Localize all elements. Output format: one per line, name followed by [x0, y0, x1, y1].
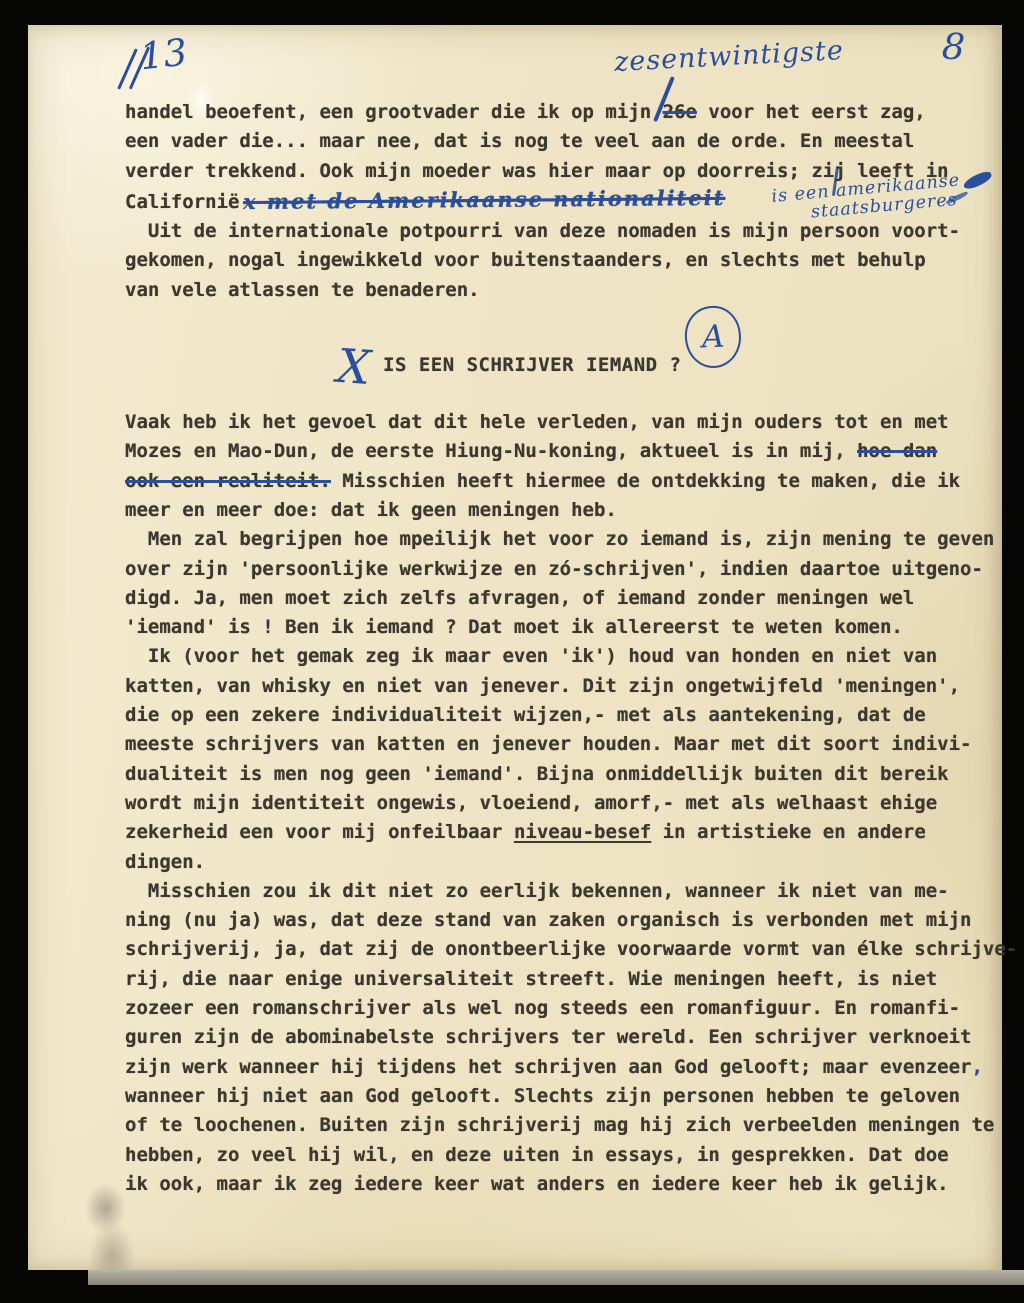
typed-line: wanneer hij niet aan God gelooft. Slecht… [125, 1082, 975, 1111]
typed-text: zijn werk wanneer hij tijdens het schrij… [125, 1056, 971, 1078]
struck-text: hoe dan [857, 440, 937, 462]
underlying-sheet-edge [88, 1270, 1024, 1285]
typed-line: dingen. [125, 848, 975, 877]
typed-line: ning (nu ja) was, dat deze stand van zak… [125, 906, 975, 935]
typed-line: handel beoefent, een grootvader die ik o… [125, 98, 975, 127]
typed-text: handel beoefent, een grootvader die ik o… [125, 101, 663, 123]
typed-line: een vader die... maar nee, dat is nog te… [125, 127, 975, 156]
typed-line: dualiteit is men nog geen 'iemand'. Bijn… [125, 760, 975, 789]
typed-line: schrijverij, ja, dat zij de onontbeerlij… [125, 935, 975, 964]
paragraph-4: Men zal begrijpen hoe mpeilijk het voor … [125, 525, 975, 642]
typed-text: voor het eerst zag, [697, 101, 926, 123]
typed-text: Mozes en Mao-Dun, de eerste Hiung-Nu-kon… [125, 440, 857, 462]
typed-line: meeste schrijvers van katten en jenever … [125, 730, 975, 759]
typed-line: wordt mijn identiteit ongewis, vloeiend,… [125, 789, 975, 818]
typed-line: zekerheid een voor mij onfeilbaar niveau… [125, 818, 975, 847]
typed-line: zozeer een romanschrijver als wel nog st… [125, 994, 975, 1023]
typed-line: katten, van whisky en niet van jenever. … [125, 672, 975, 701]
typed-line: van vele atlassen te benaderen. [125, 276, 975, 305]
underlined-term: niveau-besef [514, 821, 651, 843]
typed-text-column: handel beoefent, een grootvader die ik o… [125, 98, 975, 1199]
typed-line: die op een zekere individualiteit wijzen… [125, 701, 975, 730]
typed-line: of te loochenen. Buiten zijn schrijverij… [125, 1111, 975, 1140]
typed-line: gekomen, nogal ingewikkeld voor buitenst… [125, 246, 975, 275]
section-title: IS EEN SCHRIJVER IEMAND ? [383, 354, 681, 376]
typed-text: Californië [125, 191, 239, 213]
typed-line: guren zijn de abominabelste schrijvers t… [125, 1023, 975, 1052]
typed-text: zekerheid een voor mij onfeilbaar [125, 821, 514, 843]
typed-line: hebben, zo veel hij wil, en deze uiten i… [125, 1141, 975, 1170]
manuscript-paper-sheet: 13 8 zesentwintigste is een amerikaanse … [28, 25, 1002, 1270]
typed-line: Men zal begrijpen hoe mpeilijk het voor … [125, 525, 975, 554]
handwritten-x-mark: X [335, 339, 372, 396]
typed-text: in artistieke en andere [651, 821, 926, 843]
handwritten-comma: , [971, 1056, 982, 1078]
typed-line: over zijn 'persoonlijke werkwijze en zó-… [125, 555, 975, 584]
section-heading-row: X IS EEN SCHRIJVER IEMAND ? A [125, 354, 975, 384]
handwritten-page-number-right: 8 [941, 26, 966, 68]
typed-line: ik ook, maar ik zeg iedere keer wat ande… [125, 1170, 975, 1199]
typed-line: Vaak heb ik het gevoel dat dit hele verl… [125, 408, 975, 437]
paragraph-2: Uit de internationale potpourri van deze… [125, 217, 975, 305]
typed-line: Uit de internationale potpourri van deze… [125, 217, 975, 246]
paragraph-5: Ik (voor het gemak zeg ik maar even 'ik'… [125, 642, 975, 876]
typed-line: Ik (voor het gemak zeg ik maar even 'ik'… [125, 642, 975, 671]
paragraph-3: Vaak heb ik het gevoel dat dit hele verl… [125, 408, 975, 525]
paragraph-6: Misschien zou ik dit niet zo eerlijk bek… [125, 877, 975, 1199]
typed-line: zijn werk wanneer hij tijdens het schrij… [125, 1053, 975, 1082]
paragraph-1: handel beoefent, een grootvader die ik o… [125, 98, 975, 217]
typed-line: meer en meer doe: dat ik geen meningen h… [125, 496, 975, 525]
strikeout-slash-icon [117, 48, 138, 89]
typed-line: digd. Ja, men moet zich zelfs afvragen, … [125, 584, 975, 613]
typed-text: Misschien heeft hiermee de ontdekking te… [331, 470, 960, 492]
handwritten-struck-insertion: x met de Amerikaanse nationaliteit [243, 183, 726, 217]
typed-line: ook een realiteit. Misschien heeft hierm… [125, 467, 975, 496]
typed-line: verder trekkend. Ook mijn moeder was hie… [125, 157, 975, 186]
handwritten-insertion-word: zesentwintigste [613, 35, 844, 78]
handwritten-page-number-left: 13 [138, 31, 189, 79]
struck-number: 26e [663, 101, 697, 123]
typed-line: rij, die naar enige universaliteit stree… [125, 965, 975, 994]
section-letter: A [701, 319, 725, 356]
circled-letter-annotation: A [681, 302, 745, 371]
typed-line: 'iemand' is ! Ben ik iemand ? Dat moet i… [125, 613, 975, 642]
struck-text: ook een realiteit. [125, 470, 331, 492]
typed-line: Californiëx met de Amerikaanse nationali… [125, 186, 975, 217]
typed-line: Mozes en Mao-Dun, de eerste Hiung-Nu-kon… [125, 437, 975, 466]
typed-line: Misschien zou ik dit niet zo eerlijk bek… [125, 877, 975, 906]
